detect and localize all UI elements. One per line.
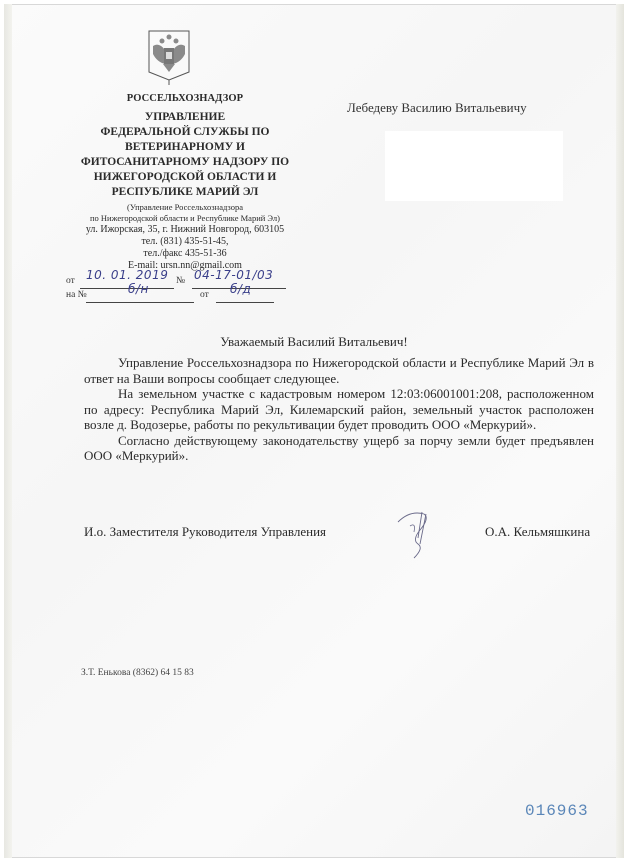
- agency-short-name: РОССЕЛЬХОЗНАДЗОР: [60, 93, 310, 104]
- agency-line: ФИТОСАНИТАРНОМУ НАДЗОРУ ПО: [60, 155, 310, 170]
- sender-phone: тел. (831) 435-51-45,: [60, 236, 310, 248]
- paragraph: На земельном участке с кадастровым номер…: [84, 386, 594, 433]
- paragraph: Согласно действующему законодательству у…: [84, 433, 594, 464]
- agency-paren-line: (Управление Россельхознадзора: [60, 202, 310, 213]
- in-reply-date-field: б/д: [216, 290, 274, 303]
- date-field: 10. 01. 2019: [80, 276, 174, 289]
- in-reply-number-field: б/н: [86, 290, 194, 303]
- handwritten-reply-date: б/д: [230, 282, 251, 296]
- registration-fields: от 10. 01. 2019 № 04-17-01/03 на № б/н о…: [66, 276, 286, 304]
- handwritten-number: 04-17-01/03: [194, 268, 273, 282]
- paragraph: Управление Россельхознадзора по Нижегоро…: [84, 355, 594, 386]
- agency-abbrev-note: (Управление Россельхознадзора по Нижегор…: [60, 202, 310, 224]
- outgoing-registration-row: от 10. 01. 2019 № 04-17-01/03: [66, 276, 286, 290]
- sender-fax: тел./факс 435-51-36: [60, 248, 310, 260]
- letter-body: Управление Россельхознадзора по Нижегоро…: [84, 355, 594, 464]
- agency-full-name: УПРАВЛЕНИЕ ФЕДЕРАЛЬНОЙ СЛУЖБЫ ПО ВЕТЕРИН…: [60, 110, 310, 200]
- number-label: №: [176, 276, 185, 286]
- from-label: от: [66, 276, 75, 286]
- redacted-address-block: [385, 131, 563, 201]
- incoming-reference-row: на № б/н от б/д: [66, 290, 286, 304]
- handwritten-reply-number: б/н: [128, 282, 149, 296]
- signatory-title: И.о. Заместителя Руководителя Управления: [84, 524, 326, 540]
- salutation: Уважаемый Василий Витальевич!: [0, 334, 628, 350]
- executor-contact: З.Т. Енькова (8362) 64 15 83: [81, 668, 194, 678]
- recipient-name: Лебедеву Василию Витальевичу: [347, 100, 527, 116]
- agency-paren-line: по Нижегородской области и Республике Ма…: [60, 213, 310, 224]
- sender-address: ул. Ижорская, 35, г. Нижний Новгород, 60…: [60, 224, 310, 236]
- page-edge-left: [4, 4, 12, 858]
- signatory-name: О.А. Кельмяшкина: [485, 524, 590, 540]
- sender-block: РОССЕЛЬХОЗНАДЗОР УПРАВЛЕНИЕ ФЕДЕРАЛЬНОЙ …: [60, 93, 310, 272]
- agency-line: ФЕДЕРАЛЬНОЙ СЛУЖБЫ ПО: [60, 125, 310, 140]
- handwritten-signature-icon: [390, 508, 450, 563]
- agency-line: ВЕТЕРИНАРНОМУ И: [60, 140, 310, 155]
- stamped-serial-number: 016963: [525, 802, 589, 820]
- agency-line: УПРАВЛЕНИЕ: [60, 110, 310, 125]
- in-reply-from-label: от: [200, 290, 209, 300]
- russian-coat-of-arms-icon: [145, 28, 193, 86]
- in-reply-label: на №: [66, 290, 87, 300]
- handwritten-date: 10. 01. 2019: [86, 268, 168, 282]
- agency-line: РЕСПУБЛИКЕ МАРИЙ ЭЛ: [60, 185, 310, 200]
- agency-line: НИЖЕГОРОДСКОЙ ОБЛАСТИ И: [60, 170, 310, 185]
- page-edge-right: [616, 4, 624, 858]
